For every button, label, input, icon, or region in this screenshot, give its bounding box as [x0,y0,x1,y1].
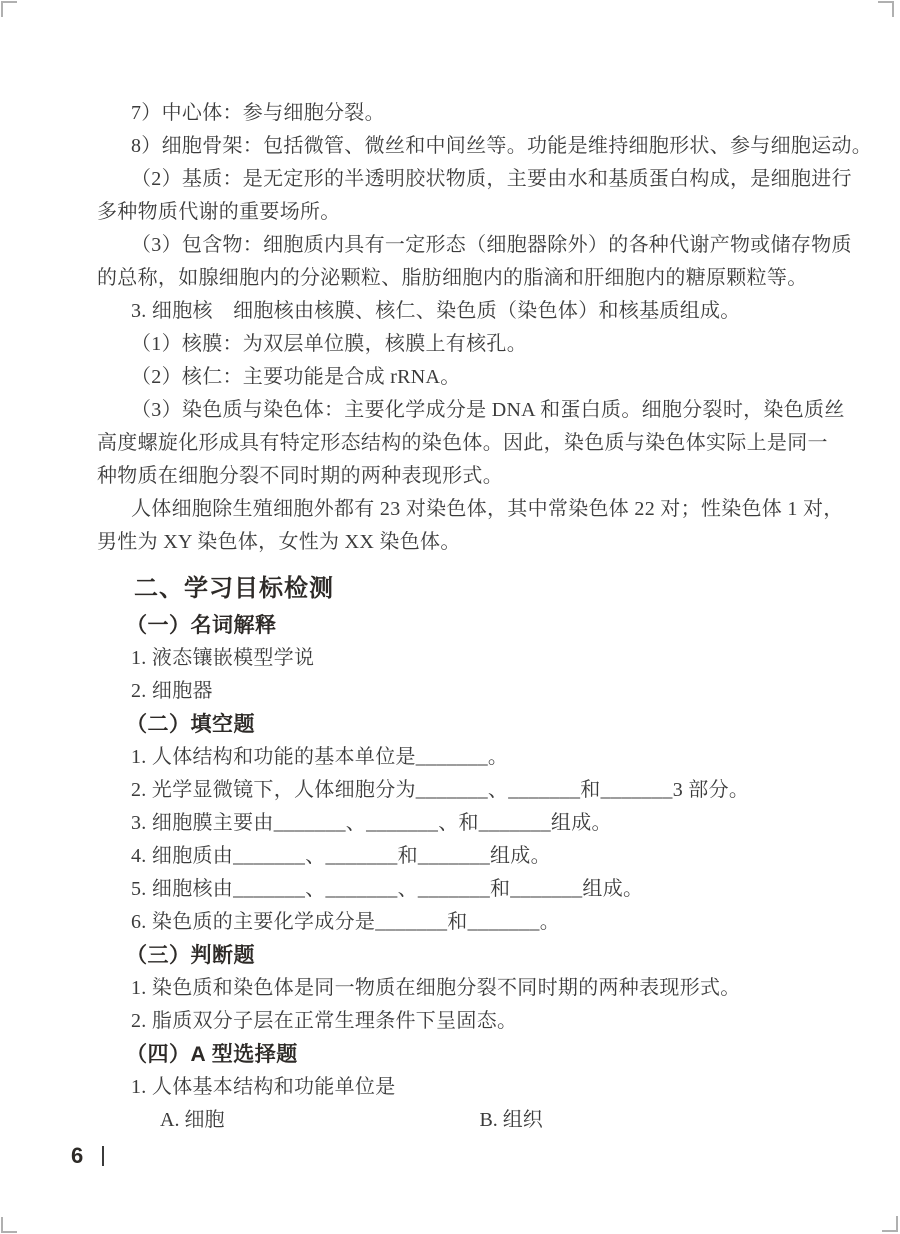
crop-mark-top-right [878,1,894,17]
subsection-heading-glossary: （一）名词解释 [126,609,813,642]
subsection-heading-true-false: （三）判断题 [126,939,813,972]
body-text-line: （2）核仁：主要功能是合成 rRNA。 [97,361,813,394]
body-text-line: （1）核膜：为双层单位膜，核膜上有核孔。 [97,328,813,361]
subsection-heading-multiple-choice: （四）A 型选择题 [126,1038,813,1071]
body-text-line: （3）染色质与染色体：主要化学成分是 DNA 和蛋白质。细胞分裂时，染色质丝 [97,394,813,427]
fill-blank-question: 4. 细胞质由_______、_______和_______组成。 [97,840,813,873]
glossary-item: 1. 液态镶嵌模型学说 [97,642,813,675]
body-text-line: 的总称，如腺细胞内的分泌颗粒、脂肪细胞内的脂滴和肝细胞内的糖原颗粒等。 [97,262,813,295]
body-text-line: （2）基质：是无定形的半透明胶状物质，主要由水和基质蛋白构成，是细胞进行 [97,163,813,196]
fill-blank-question: 5. 细胞核由_______、_______、_______和_______组成… [97,873,813,906]
crop-mark-bottom-left [1,1217,17,1233]
fill-blank-question: 3. 细胞膜主要由_______、_______、和_______组成。 [97,807,813,840]
body-text-line: 高度螺旋化形成具有特定形态结构的染色体。因此，染色质与染色体实际上是同一 [97,427,813,460]
body-text-line: （3）包含物：细胞质内具有一定形态（细胞器除外）的各种代谢产物或储存物质 [97,229,813,262]
choice-option-b: B. 组织 [479,1109,542,1131]
fill-blank-question: 6. 染色质的主要化学成分是_______和_______。 [97,906,813,939]
multiple-choice-question: 1. 人体基本结构和功能单位是 [97,1071,813,1104]
choice-option-a: A. 细胞 [160,1109,224,1131]
body-text-line: 7）中心体：参与细胞分裂。 [97,97,813,130]
crop-mark-top-left [1,1,17,17]
page-content: 7）中心体：参与细胞分裂。 8）细胞骨架：包括微管、微丝和中间丝等。功能是维持细… [97,97,813,1137]
body-text-line: 人体细胞除生殖细胞外都有 23 对染色体，其中常染色体 22 对；性染色体 1 … [97,493,813,526]
body-text-line: 种物质在细胞分裂不同时期的两种表现形式。 [97,460,813,493]
glossary-item: 2. 细胞器 [97,675,813,708]
body-text-line: 多种物质代谢的重要场所。 [97,196,813,229]
choice-options-row: A. 细胞 B. 组织 [97,1104,813,1137]
true-false-question: 2. 脂质双分子层在正常生理条件下呈固态。 [97,1005,813,1038]
fill-blank-question: 1. 人体结构和功能的基本单位是_______。 [97,741,813,774]
body-text-line: 8）细胞骨架：包括微管、微丝和中间丝等。功能是维持细胞形状、参与细胞运动。 [97,130,813,163]
book-page: 7）中心体：参与细胞分裂。 8）细胞骨架：包括微管、微丝和中间丝等。功能是维持细… [0,0,900,1234]
page-number: 6 [71,1143,83,1169]
subsection-heading-fill-blank: （二）填空题 [126,708,813,741]
body-text-line: 男性为 XY 染色体，女性为 XX 染色体。 [97,526,813,559]
page-footer: 6 [71,1143,104,1169]
fill-blank-question: 2. 光学显微镜下，人体细胞分为_______、_______和_______3… [97,774,813,807]
crop-mark-bottom-right [882,1216,898,1232]
section-heading: 二、学习目标检测 [134,569,813,609]
page-number-divider [102,1146,104,1166]
body-text-line: 3. 细胞核 细胞核由核膜、核仁、染色质（染色体）和核基质组成。 [97,295,813,328]
true-false-question: 1. 染色质和染色体是同一物质在细胞分裂不同时期的两种表现形式。 [97,972,813,1005]
